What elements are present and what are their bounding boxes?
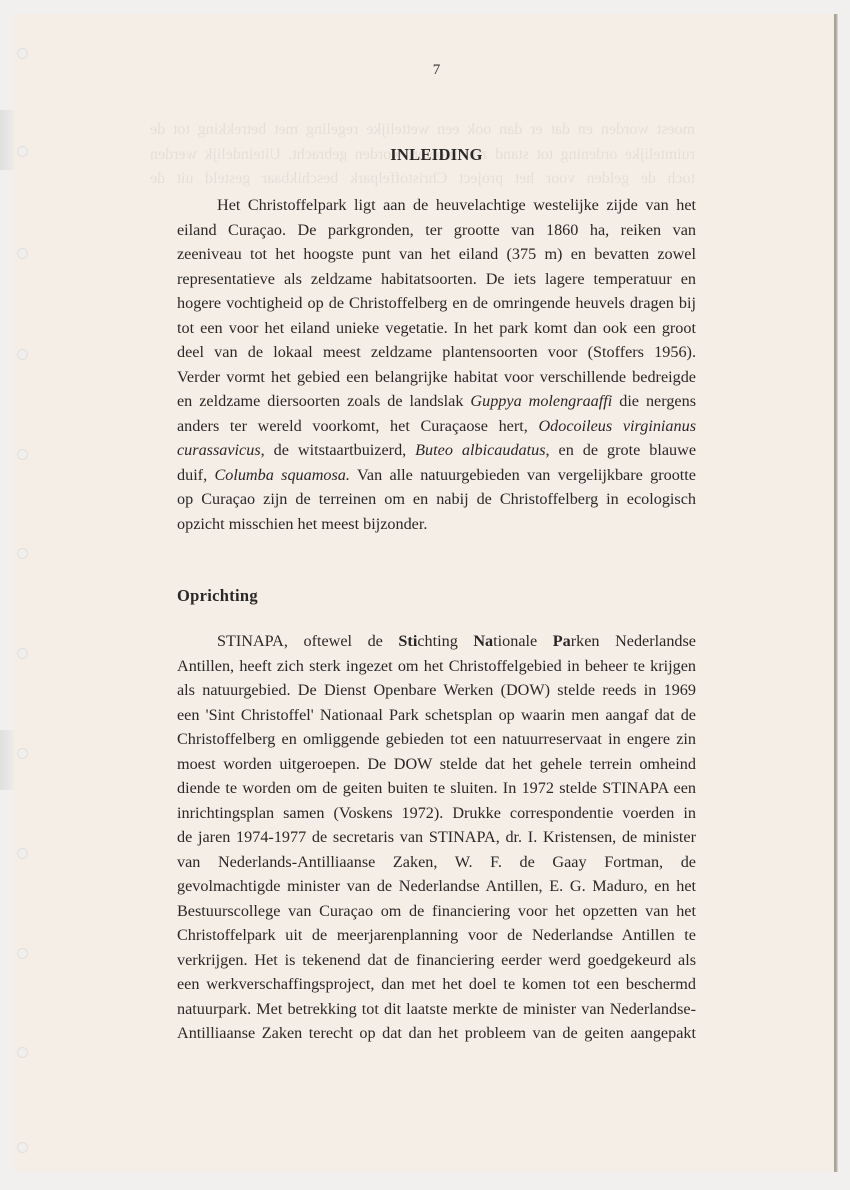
text-run: en zeldzame diersoorten zoals de landsla… — [177, 392, 470, 410]
paragraph-line: zeeniveau tot het hoogste punt van het e… — [177, 242, 696, 267]
page-edge — [834, 14, 836, 1172]
punch-hole-icon — [17, 248, 28, 259]
paragraph-oprichting: STINAPA, oftewel de Stichting Nationale … — [177, 629, 696, 1046]
text-run: moest worden uitgeroepen. De DOW stelde … — [177, 755, 696, 773]
paragraph-line: Christoffelpark uit de meerjarenplanning… — [177, 923, 696, 948]
paragraph-line: Bestuurscollege van Curaçao om de financ… — [177, 899, 696, 924]
paragraph-line: curassavicus, de witstaartbuizerd, Buteo… — [177, 438, 696, 463]
paragraph-line: anders ter wereld voorkomt, het Curaçaos… — [177, 414, 696, 439]
paragraph-line: inrichtingsplan samen (Voskens 1972). Dr… — [177, 801, 696, 826]
acronym-highlight: Pa — [553, 632, 571, 650]
text-run: anders ter wereld voorkomt, het Curaçaos… — [177, 417, 538, 435]
paragraph-line: als natuurgebied. De Dienst Openbare Wer… — [177, 678, 696, 703]
paragraph-intro: Het Christoffelpark ligt aan de heuvelac… — [177, 193, 696, 536]
section-title: INLEIDING — [177, 143, 696, 168]
text-run: natuurpark. Met betrekking tot dit laats… — [177, 1000, 696, 1018]
page-number: 7 — [177, 58, 696, 83]
paragraph-line: Antilliaanse Zaken terecht op dat dan he… — [177, 1021, 696, 1046]
paragraph-line: en zeldzame diersoorten zoals de landsla… — [177, 389, 696, 414]
punch-hole-icon — [17, 146, 28, 157]
text-run: duif, — [177, 466, 214, 484]
text-run: representatieve als zeldzame habitatsoor… — [177, 270, 696, 288]
species-name: Columba squamosa. — [214, 466, 350, 484]
text-run: de jaren 1974-1977 de secretaris van STI… — [177, 828, 696, 846]
paragraph-line: natuurpark. Met betrekking tot dit laats… — [177, 997, 696, 1022]
text-run: op Curaçao zijn de terreinen om en nabij… — [177, 490, 696, 508]
text-run: die nergens — [612, 392, 696, 410]
paragraph-line: een werkverschaffingsproject, dan met he… — [177, 972, 696, 997]
paragraph-line: verkrijgen. Het is tekenend dat de finan… — [177, 948, 696, 973]
text-run: rken Nederlandse — [571, 632, 696, 650]
text-run: inrichtingsplan samen (Voskens 1972). Dr… — [177, 804, 696, 822]
species-name: curassavicus — [177, 441, 261, 459]
paragraph-line: op Curaçao zijn de terreinen om en nabij… — [177, 487, 696, 512]
text-run: opzicht misschien het meest bijzonder. — [177, 515, 427, 533]
text-run: Christoffelpark uit de meerjarenplanning… — [177, 926, 696, 944]
paragraph-line: STINAPA, oftewel de Stichting Nationale … — [177, 629, 696, 654]
punch-hole-icon — [17, 748, 28, 759]
paragraph-line: hogere vochtigheid op de Christoffelberg… — [177, 291, 696, 316]
paragraph-line: tot een voor het eiland unieke vegetatie… — [177, 316, 696, 341]
text-run: van Nederlands-Antilliaanse Zaken, W. F.… — [177, 853, 696, 871]
species-name: Guppya molengraaffi — [470, 392, 612, 410]
scan-edge-shadow-mid — [0, 730, 14, 790]
text-run: hogere vochtigheid op de Christoffelberg… — [177, 294, 696, 312]
paragraph-line: moest worden uitgeroepen. De DOW stelde … — [177, 752, 696, 777]
text-run: gevolmachtigde minister van de Nederland… — [177, 877, 696, 895]
paragraph-line: representatieve als zeldzame habitatsoor… — [177, 267, 696, 292]
punch-hole-icon — [17, 1142, 28, 1153]
punch-hole-icon — [17, 349, 28, 360]
paragraph-line: Christoffelberg en omliggende gebieden t… — [177, 727, 696, 752]
text-run: Verder vormt het gebied een belangrijke … — [177, 368, 696, 386]
species-name: Buteo albicaudatus — [415, 441, 545, 459]
paragraph-line: een 'Sint Christoffel' Nationaal Park sc… — [177, 703, 696, 728]
text-run: Antilliaanse Zaken terecht op dat dan he… — [177, 1024, 696, 1042]
text-run: diende te worden om de geiten buiten te … — [177, 779, 696, 797]
paragraph-line: deel van de lokaal meest zeldzame plante… — [177, 340, 696, 365]
punch-hole-icon — [17, 648, 28, 659]
text-run: chting — [417, 632, 473, 650]
text-run: een 'Sint Christoffel' Nationaal Park sc… — [177, 706, 696, 724]
text-run: als natuurgebied. De Dienst Openbare Wer… — [177, 681, 696, 699]
punch-hole-icon — [17, 449, 28, 460]
text-run: verkrijgen. Het is tekenend dat de finan… — [177, 951, 696, 969]
paragraph-line: gevolmachtigde minister van de Nederland… — [177, 874, 696, 899]
paragraph-line: Verder vormt het gebied een belangrijke … — [177, 365, 696, 390]
text-run: STINAPA, oftewel de — [217, 632, 398, 650]
text-run: eiland Curaçao. De parkgronden, ter groo… — [177, 221, 696, 239]
text-run: , de witstaartbuizerd, — [261, 441, 416, 459]
paragraph-line: Het Christoffelpark ligt aan de heuvelac… — [177, 193, 696, 218]
text-run: Christoffelberg en omliggende gebieden t… — [177, 730, 696, 748]
text-run: Van alle natuurgebieden van vergelijkbar… — [350, 466, 696, 484]
paragraph-line: de jaren 1974-1977 de secretaris van STI… — [177, 825, 696, 850]
text-run: zeeniveau tot het hoogste punt van het e… — [177, 245, 696, 263]
paragraph-line: eiland Curaçao. De parkgronden, ter groo… — [177, 218, 696, 243]
scan-edge-shadow-top — [0, 110, 14, 170]
punch-hole-icon — [17, 948, 28, 959]
punch-hole-icon — [17, 1047, 28, 1058]
punch-hole-icon — [17, 48, 28, 59]
text-run: tionale — [493, 632, 553, 650]
text-run: Bestuurscollege van Curaçao om de financ… — [177, 902, 696, 920]
paragraph-line: opzicht misschien het meest bijzonder. — [177, 512, 696, 537]
paragraph-line: diende te worden om de geiten buiten te … — [177, 776, 696, 801]
text-run: Het Christoffelpark ligt aan de heuvelac… — [217, 196, 696, 214]
text-run: deel van de lokaal meest zeldzame plante… — [177, 343, 696, 361]
text-run: Antillen, heeft zich sterk ingezet om he… — [177, 657, 696, 675]
paragraph-line: duif, Columba squamosa. Van alle natuurg… — [177, 463, 696, 488]
acronym-highlight: Na — [473, 632, 493, 650]
acronym-highlight: Sti — [398, 632, 417, 650]
punch-hole-icon — [17, 848, 28, 859]
text-run: tot een voor het eiland unieke vegetatie… — [177, 319, 696, 337]
paragraph-line: van Nederlands-Antilliaanse Zaken, W. F.… — [177, 850, 696, 875]
subheading-oprichting: Oprichting — [177, 584, 258, 609]
paragraph-line: Antillen, heeft zich sterk ingezet om he… — [177, 654, 696, 679]
text-run: een werkverschaffingsproject, dan met he… — [177, 975, 696, 993]
text-run: , en de grote blauwe — [546, 441, 696, 459]
species-name: Odocoileus virginianus — [538, 417, 696, 435]
punch-hole-icon — [17, 548, 28, 559]
